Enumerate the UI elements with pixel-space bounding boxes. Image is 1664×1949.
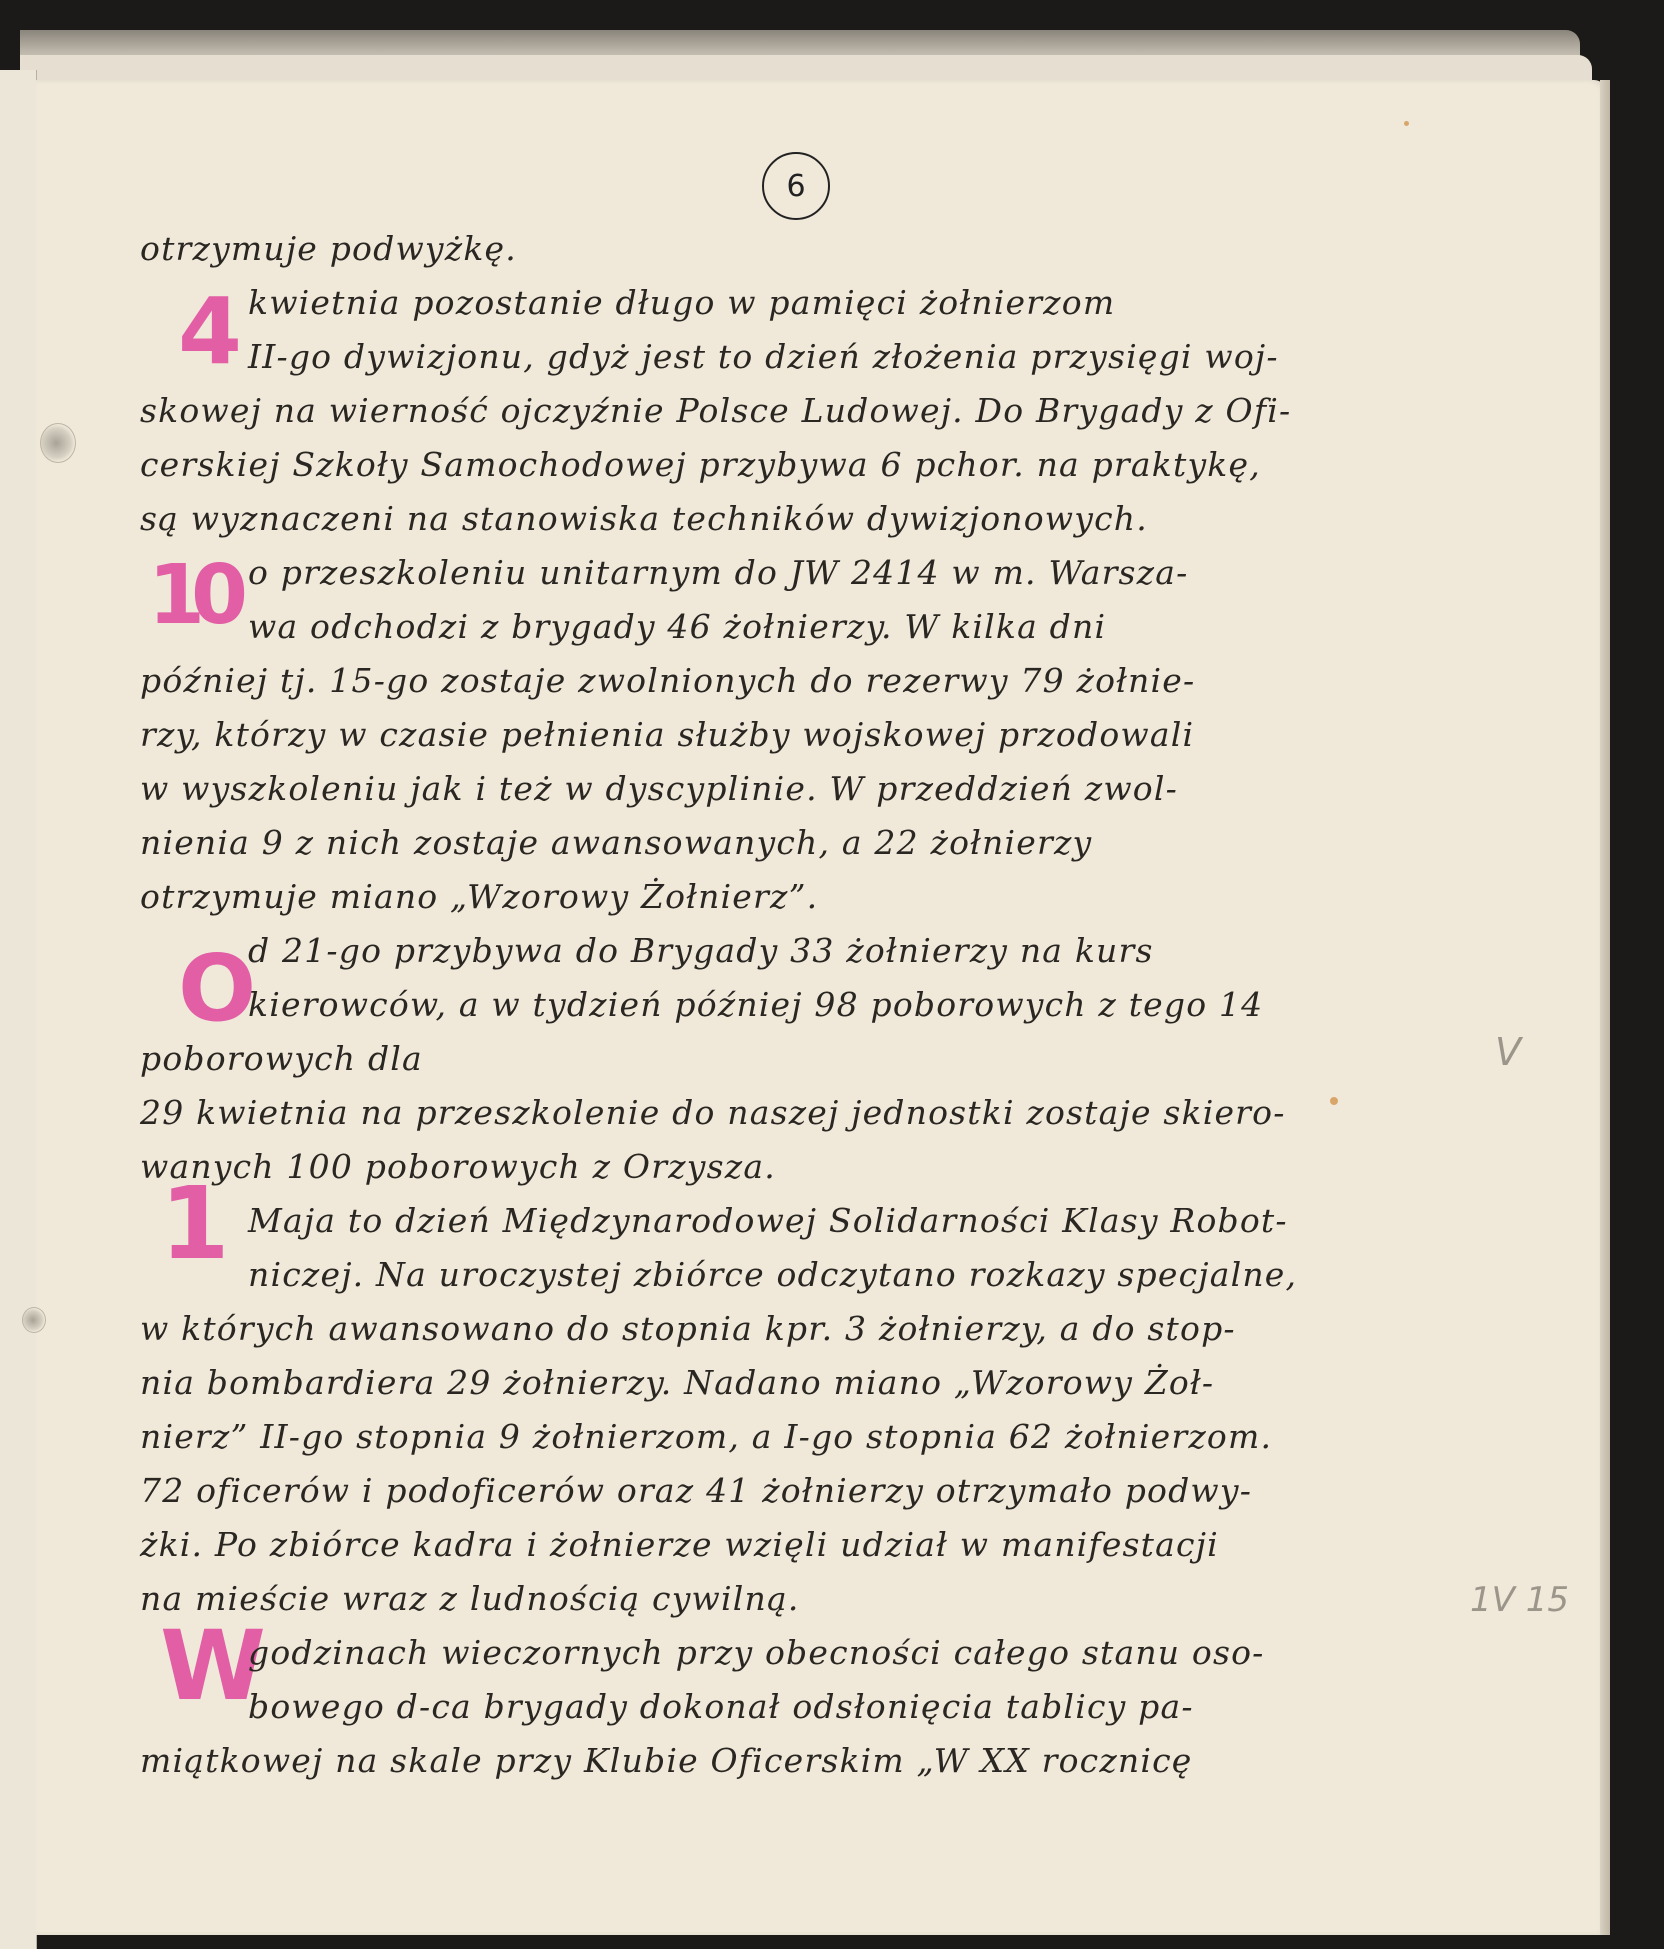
text-line: bowego d-ca brygady dokonał odsłonięcia …: [140, 1680, 1450, 1734]
text-line: w wyszkoleniu jak i też w dyscyplinie. W…: [140, 762, 1450, 816]
ink-stain: [1330, 1097, 1338, 1105]
text-line: 72 oficerów i podoficerów oraz 41 żołnie…: [140, 1464, 1450, 1518]
text-line: nienia 9 z nich zostaje awansowanych, a …: [140, 816, 1450, 870]
text-line: miątkowej na skale przy Klubie Oficerski…: [140, 1734, 1450, 1788]
text-line: wa odchodzi z brygady 46 żołnierzy. W ki…: [140, 600, 1450, 654]
text-line: 29 kwietnia na przeszkolenie do naszej j…: [140, 1086, 1450, 1140]
text-line: godzinach wieczornych przy obecności cał…: [140, 1626, 1450, 1680]
text-line: II-go dywizjonu, gdyż jest to dzień złoż…: [140, 330, 1450, 384]
ink-stain: [1404, 121, 1409, 126]
text-line: otrzymuje miano „Wzorowy Żołnierz”.: [140, 870, 1450, 924]
text-line: d 21-go przybywa do Brygady 33 żołnierzy…: [140, 924, 1450, 978]
page-number-badge: 6: [762, 152, 830, 220]
text-line: na mieście wraz z ludnością cywilną.: [140, 1572, 1450, 1626]
text-line: o przeszkoleniu unitarnym do JW 2414 w m…: [140, 546, 1450, 600]
punch-hole-icon: [22, 1307, 46, 1333]
text-line: otrzymuje podwyżkę.: [140, 222, 1450, 276]
text-line: kierowców, a w tydzień później 98 poboro…: [140, 978, 1450, 1032]
page-right-edge: [1600, 80, 1610, 1935]
text-line: poborowych dla: [140, 1032, 1450, 1086]
text-line: później tj. 15-go zostaje zwolnionych do…: [140, 654, 1450, 708]
handwritten-text-body: otrzymuje podwyżkę. kwietnia pozostanie …: [140, 222, 1450, 1788]
text-line: rzy, którzy w czasie pełnienia służby wo…: [140, 708, 1450, 762]
text-line: skowej na wierność ojczyźnie Polsce Ludo…: [140, 384, 1450, 438]
margin-check-mark: V: [1495, 1030, 1521, 1074]
text-line: kwietnia pozostanie długo w pamięci żołn…: [140, 276, 1450, 330]
text-line: niczej. Na uroczystej zbiórce odczytano …: [140, 1248, 1450, 1302]
text-line: nierz” II-go stopnia 9 żołnierzom, a I-g…: [140, 1410, 1450, 1464]
text-line: Maja to dzień Międzynarodowej Solidarnoś…: [140, 1194, 1450, 1248]
text-line: wanych 100 poborowych z Orzysza.: [140, 1140, 1450, 1194]
text-line: nia bombardiera 29 żołnierzy. Nadano mia…: [140, 1356, 1450, 1410]
margin-pencil-date: 1V 15: [1470, 1580, 1569, 1620]
page-number: 6: [786, 169, 805, 204]
binding-flap: [0, 70, 37, 1949]
punch-hole-icon: [40, 423, 76, 463]
text-line: żki. Po zbiórce kadra i żołnierze wzięli…: [140, 1518, 1450, 1572]
text-line: w których awansowano do stopnia kpr. 3 ż…: [140, 1302, 1450, 1356]
text-line: są wyznaczeni na stanowiska techników dy…: [140, 492, 1450, 546]
text-line: cerskiej Szkoły Samochodowej przybywa 6 …: [140, 438, 1450, 492]
